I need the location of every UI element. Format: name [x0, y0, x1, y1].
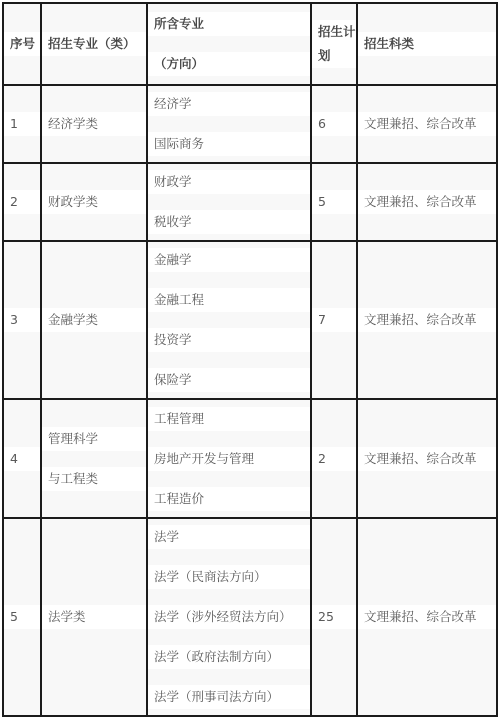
- header-major: 招生专业（类）: [41, 3, 147, 85]
- sub-major: 工程造价: [148, 487, 310, 511]
- sub-major: 经济学: [148, 92, 310, 116]
- sub-majors: 经济学 国际商务: [147, 85, 311, 163]
- major-name: 财政学类: [41, 163, 147, 241]
- page: 序号 招生专业（类） 所含专业 （方向） 招生计划 招生科类 1 经济学类 经济…: [0, 0, 500, 721]
- major-name-value: 管理科学: [42, 427, 146, 451]
- table-row: 3 金融学类 金融学 金融工程 投资学 保险学 7 文理兼招、综合改革: [3, 241, 497, 399]
- header-plan: 招生计划: [311, 3, 357, 85]
- subject-category-value: 文理兼招、综合改革: [358, 308, 496, 332]
- sub-majors: 工程管理 房地产开发与管理 工程造价: [147, 399, 311, 518]
- row-no-value: 4: [4, 447, 40, 471]
- plan-count-value: 5: [312, 190, 356, 214]
- row-no-value: 3: [4, 308, 40, 332]
- major-name-value: 财政学类: [42, 190, 146, 214]
- header-major-label: 招生专业（类）: [42, 32, 146, 56]
- row-no-value: 5: [4, 605, 40, 629]
- plan-count-value: 6: [312, 112, 356, 136]
- sub-major: 法学（刑事司法方向）: [148, 685, 310, 709]
- subject-category: 文理兼招、综合改革: [357, 518, 497, 716]
- header-no-label: 序号: [4, 32, 40, 56]
- plan-count: 25: [311, 518, 357, 716]
- major-name: 金融学类: [41, 241, 147, 399]
- major-name-value: 与工程类: [42, 467, 146, 491]
- plan-count: 5: [311, 163, 357, 241]
- subject-category-value: 文理兼招、综合改革: [358, 112, 496, 136]
- sub-majors: 财政学 税收学: [147, 163, 311, 241]
- plan-count-value: 7: [312, 308, 356, 332]
- sub-major: 法学（民商法方向）: [148, 565, 310, 589]
- sub-major: 法学: [148, 525, 310, 549]
- row-no: 2: [3, 163, 41, 241]
- subject-category: 文理兼招、综合改革: [357, 241, 497, 399]
- sub-major: 房地产开发与管理: [148, 447, 310, 471]
- header-plan-label: 招生计划: [312, 20, 356, 68]
- sub-major: 工程管理: [148, 407, 310, 431]
- major-name: 管理科学 与工程类: [41, 399, 147, 518]
- header-sub-majors: 所含专业 （方向）: [147, 3, 311, 85]
- row-no: 4: [3, 399, 41, 518]
- plan-count-value: 2: [312, 447, 356, 471]
- sub-major: 国际商务: [148, 132, 310, 156]
- sub-major: 法学（涉外经贸法方向）: [148, 605, 310, 629]
- header-row: 序号 招生专业（类） 所含专业 （方向） 招生计划 招生科类: [3, 3, 497, 85]
- row-no-value: 2: [4, 190, 40, 214]
- subject-category-value: 文理兼招、综合改革: [358, 190, 496, 214]
- sub-major: 保险学: [148, 368, 310, 392]
- sub-major: 税收学: [148, 210, 310, 234]
- subject-category: 文理兼招、综合改革: [357, 85, 497, 163]
- row-no: 3: [3, 241, 41, 399]
- subject-category-value: 文理兼招、综合改革: [358, 605, 496, 629]
- major-name-value: 经济学类: [42, 112, 146, 136]
- enrollment-table: 序号 招生专业（类） 所含专业 （方向） 招生计划 招生科类 1 经济学类 经济…: [2, 2, 498, 717]
- header-no: 序号: [3, 3, 41, 85]
- major-name-value: 法学类: [42, 605, 146, 629]
- plan-count: 6: [311, 85, 357, 163]
- sub-majors: 法学 法学（民商法方向） 法学（涉外经贸法方向） 法学（政府法制方向） 法学（刑…: [147, 518, 311, 716]
- header-category-label: 招生科类: [358, 32, 496, 56]
- plan-count: 7: [311, 241, 357, 399]
- plan-count-value: 25: [312, 605, 356, 629]
- sub-major: 投资学: [148, 328, 310, 352]
- plan-count: 2: [311, 399, 357, 518]
- table-row: 5 法学类 法学 法学（民商法方向） 法学（涉外经贸法方向） 法学（政府法制方向…: [3, 518, 497, 716]
- table-row: 4 管理科学 与工程类 工程管理 房地产开发与管理 工程造价 2 文理兼招、综合…: [3, 399, 497, 518]
- header-sub-label-line1: 所含专业: [148, 12, 310, 36]
- subject-category: 文理兼招、综合改革: [357, 163, 497, 241]
- sub-major: 金融工程: [148, 288, 310, 312]
- header-sub-label-line2: （方向）: [148, 52, 310, 76]
- subject-category-value: 文理兼招、综合改革: [358, 447, 496, 471]
- major-name: 经济学类: [41, 85, 147, 163]
- row-no: 1: [3, 85, 41, 163]
- subject-category: 文理兼招、综合改革: [357, 399, 497, 518]
- major-name-value: 金融学类: [42, 308, 146, 332]
- sub-major: 金融学: [148, 248, 310, 272]
- sub-major: 法学（政府法制方向）: [148, 645, 310, 669]
- sub-major: 财政学: [148, 170, 310, 194]
- row-no: 5: [3, 518, 41, 716]
- table-row: 2 财政学类 财政学 税收学 5 文理兼招、综合改革: [3, 163, 497, 241]
- table-row: 1 经济学类 经济学 国际商务 6 文理兼招、综合改革: [3, 85, 497, 163]
- major-name: 法学类: [41, 518, 147, 716]
- row-no-value: 1: [4, 112, 40, 136]
- sub-majors: 金融学 金融工程 投资学 保险学: [147, 241, 311, 399]
- header-category: 招生科类: [357, 3, 497, 85]
